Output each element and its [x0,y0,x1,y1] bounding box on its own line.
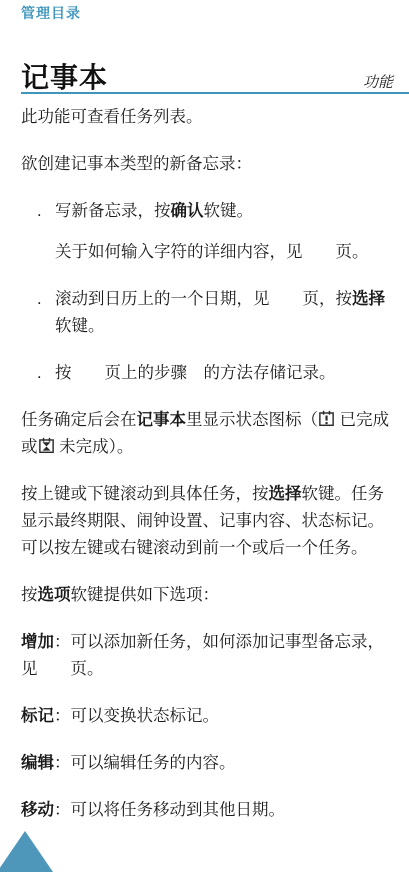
bold-text: 选择 [269,485,302,503]
text: 写新备忘录，按 [55,202,171,220]
text: 按 页上的步骤 的方法存储记录。 [55,364,336,382]
text: 关于如何输入字符的详细内容，见 页。 [55,243,369,261]
bold-text: 标记 [21,707,54,725]
paragraph: 编辑：可以编辑任务的内容。 [21,750,399,777]
text: 软键提供如下选项： [71,586,220,604]
list-marker: . [37,286,42,313]
list-item: .滚动到日历上的一个日期，见 页，按选择软键。 [21,286,399,340]
task-completed-icon [318,410,335,427]
task-pending-icon [38,437,55,454]
paragraph: 移动：可以将任务移动到其他日期。 [21,797,399,824]
paragraph: 按上键或下键滚动到具体任务，按选择软键。任务显示最终期限、闹钟设置、记事内容、状… [21,481,399,562]
bold-text: 记事本 [137,411,187,429]
text: 里显示状态图标（ [186,411,318,429]
section-side-label: 功能 [363,71,393,92]
text: 软键。 [204,202,254,220]
running-header: 管理目录 [21,3,81,23]
text: 滚动到日历上的一个日期，见 页，按 [55,290,352,308]
title-row: 记事本 功能 [21,56,409,96]
text: ：可以编辑任务的内容。 [54,754,236,772]
text: 任务确定后会在 [21,411,137,429]
text: 按上键或下键滚动到具体任务，按 [21,485,269,503]
text: 按 [21,586,38,604]
corner-triangle-decoration [0,831,53,872]
page-title: 记事本 [21,56,108,96]
list-marker: . [37,198,42,225]
bold-text: 选择 [352,290,385,308]
bold-text: 选项 [38,586,71,604]
text: 软键。 [55,317,105,335]
paragraph: 此功能可查看任务列表。 [21,104,399,131]
text: 此功能可查看任务列表。 [21,108,203,126]
manual-page: 管理目录 记事本 功能 此功能可查看任务列表。欲创建记事本类型的新备忘录：.写新… [0,0,409,872]
paragraph: 任务确定后会在记事本里显示状态图标（ 已完成或 未完成）。 [21,407,399,461]
list-item: .写新备忘录，按确认软键。 [21,198,399,225]
text: 欲创建记事本类型的新备忘录： [21,155,252,173]
bold-text: 确认 [171,202,204,220]
title-divider [21,92,409,94]
paragraph: 欲创建记事本类型的新备忘录： [21,151,399,178]
text: ：可以将任务移动到其他日期。 [54,801,285,819]
bold-text: 增加 [21,633,54,651]
paragraph: 增加：可以添加新任务，如何添加记事型备忘录，见 页。 [21,629,399,683]
bold-text: 编辑 [21,754,54,772]
text: ：可以变换状态标记。 [54,707,219,725]
paragraph: 关于如何输入字符的详细内容，见 页。 [21,239,399,266]
list-item: .按 页上的步骤 的方法存储记录。 [21,360,399,387]
bold-text: 移动 [21,801,54,819]
content: 此功能可查看任务列表。欲创建记事本类型的新备忘录：.写新备忘录，按确认软键。关于… [21,104,399,844]
paragraph: 标记：可以变换状态标记。 [21,703,399,730]
list-marker: . [37,360,42,387]
text: ：可以添加新任务，如何添加记事型备忘录，见 页。 [21,633,384,678]
text: 未完成）。 [55,438,134,456]
paragraph: 按选项软键提供如下选项： [21,582,399,609]
